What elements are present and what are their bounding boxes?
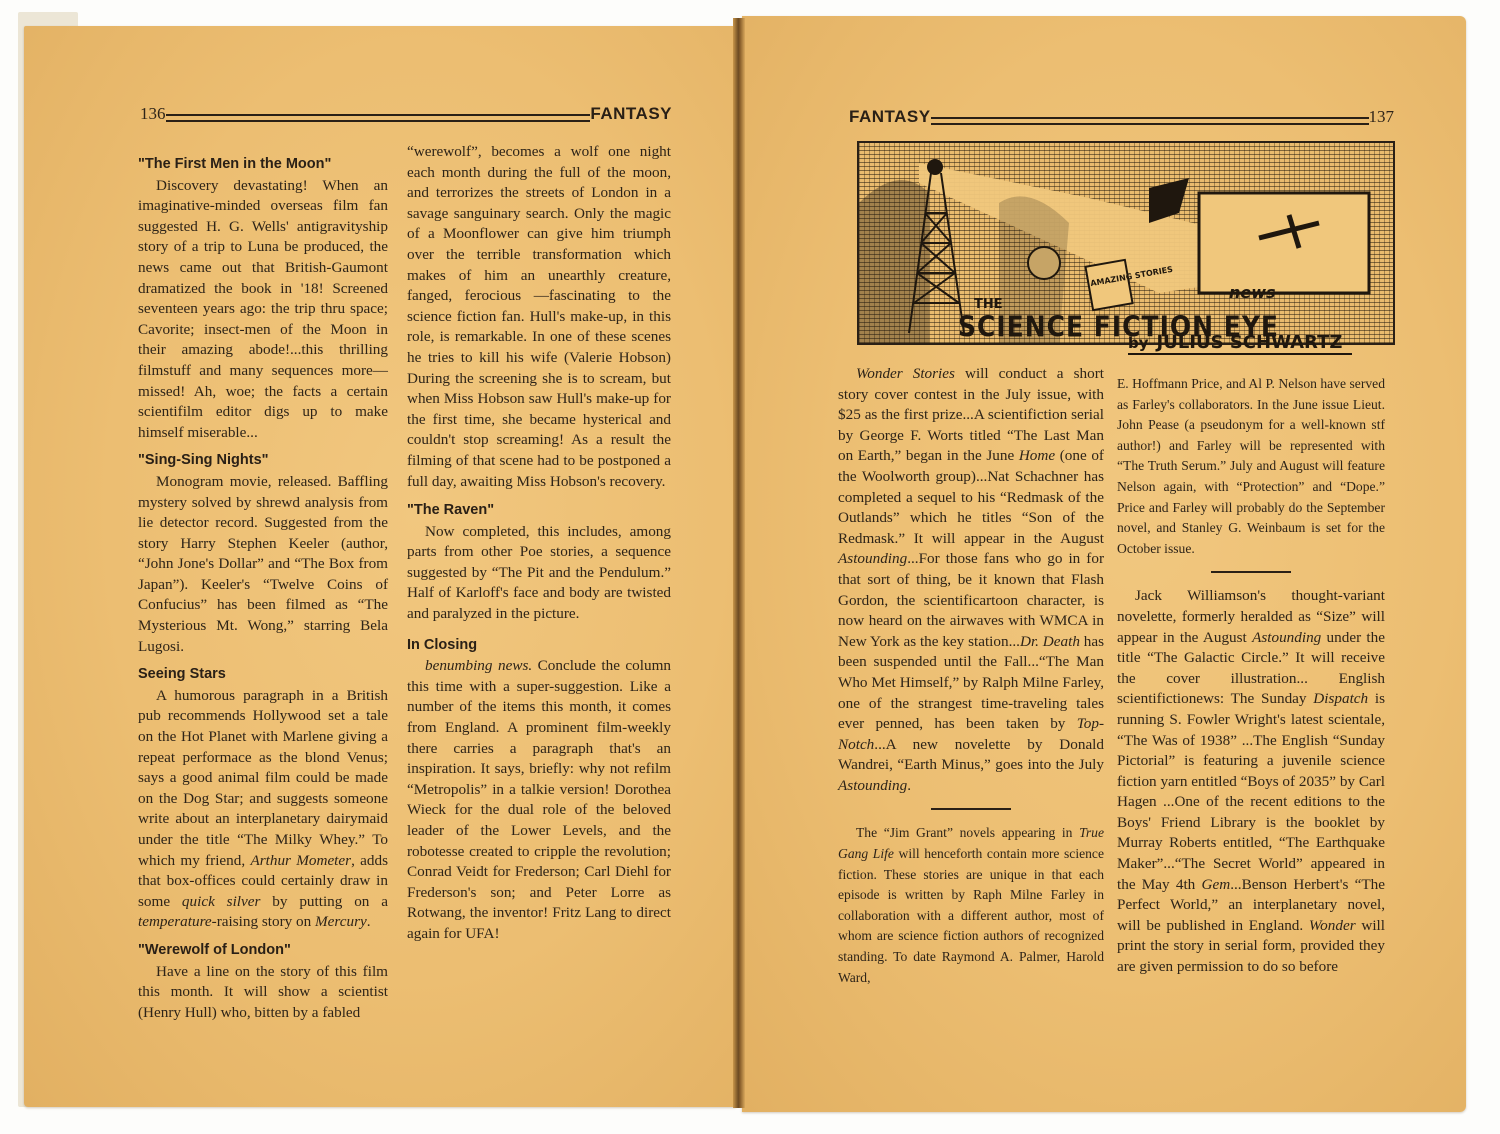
left-column-2: “werewolf”, becomes a wolf one night eac… [407, 142, 671, 945]
section-heading: "The Raven" [407, 500, 671, 521]
section-heading: "Werewolf of London" [138, 940, 388, 961]
section-heading: "The First Men in the Moon" [138, 154, 388, 175]
section-heading: In Closing [407, 635, 671, 656]
magazine-title: FANTASY [849, 107, 931, 127]
section-heading: "Sing-Sing Nights" [138, 450, 388, 471]
left-running-head: 136 FANTASY [140, 104, 672, 124]
author-name: JULIUS SCHWARTZ [1157, 332, 1343, 353]
article-paragraph: Jack Williamson's thought-variant novele… [1117, 586, 1385, 977]
book-gutter [733, 18, 745, 1108]
header-rule [166, 112, 591, 124]
article-paragraph: E. Hoffmann Price, and Al P. Nelson have… [1117, 374, 1385, 559]
page-number: 136 [140, 104, 166, 124]
right-column-2: E. Hoffmann Price, and Al P. Nelson have… [1117, 374, 1385, 978]
header-rule [931, 115, 1369, 127]
right-column-1: Wonder Stories will conduct a short stor… [838, 364, 1104, 988]
article-paragraph: Wonder Stories will conduct a short stor… [838, 364, 1104, 796]
article-paragraph: benumbing news. Conclude the col­umn thi… [407, 656, 671, 944]
article-paragraph: Now completed, this includes, a­mong par… [407, 522, 671, 625]
article-paragraph: “werewolf”, becomes a wolf one night eac… [407, 142, 671, 492]
article-paragraph: A humorous paragraph in a British pub re… [138, 686, 388, 933]
article-paragraph: Monogram movie, released. Baffl­ing myst… [138, 472, 388, 657]
magazine-title: FANTASY [590, 104, 672, 124]
article-paragraph: Have a line on the story of this film th… [138, 962, 388, 1024]
right-running-head: FANTASY 137 [849, 107, 1394, 127]
section-divider [931, 808, 1011, 810]
left-column-1: "The First Men in the Moon" Discovery de… [138, 150, 388, 1023]
byline: byJULIUS SCHWARTZ [1128, 332, 1352, 355]
section-divider [1211, 571, 1291, 573]
page-number: 137 [1369, 107, 1395, 127]
section-heading: Seeing Stars [138, 664, 388, 685]
article-paragraph: The “Jim Grant” novels appearing in True… [838, 823, 1104, 988]
article-paragraph: Discovery devastating! When an imaginati… [138, 176, 388, 444]
